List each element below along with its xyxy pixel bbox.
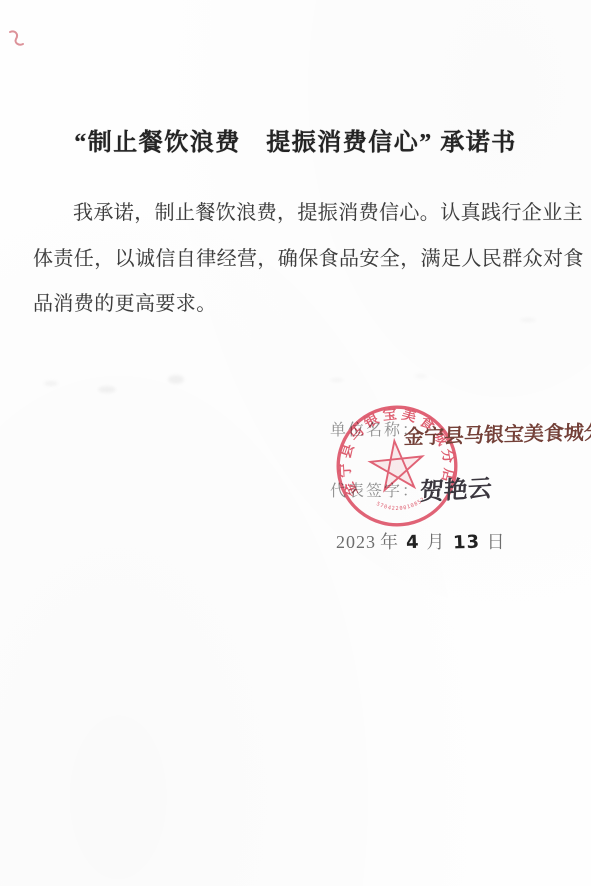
date-year: 2023 xyxy=(336,532,376,552)
red-pen-mark xyxy=(6,28,28,52)
body-line: 我承诺，制止餐饮浪费，提振消费信心。认真践行企业主 xyxy=(33,191,569,237)
scan-smudge xyxy=(415,374,427,378)
date-day-unit: 日 xyxy=(483,532,510,552)
scan-smudge xyxy=(168,375,184,384)
scan-smudge xyxy=(520,318,536,322)
body-paragraph: 我承诺，制止餐饮浪费，提振消费信心。认真践行企业主 体责任，以诚信自律经营，确保… xyxy=(33,191,569,328)
date-day-handwritten: 13 xyxy=(449,531,483,553)
scan-smudge xyxy=(330,378,344,382)
document-title: “制止餐饮浪费 提振消费信心” 承诺书 xyxy=(0,122,591,157)
body-line: 品消费的更高要求。 xyxy=(33,282,569,328)
representative-signature-handwritten: 贺艳云 xyxy=(419,468,493,507)
unit-name-handwritten-value: 金宁县马银宝美食城分店 xyxy=(403,415,591,450)
date-month-unit: 月 xyxy=(423,532,450,552)
red-seal-stamp-icon: 金宁县马银宝美食城分店 5704220010852 xyxy=(328,397,466,535)
date-line: 2023年4月13日 xyxy=(336,528,510,554)
scanned-commitment-letter: “制止餐饮浪费 提振消费信心” 承诺书 我承诺，制止餐饮浪费，提振消费信心。认真… xyxy=(0,0,591,886)
scan-smudge xyxy=(98,386,116,393)
date-year-unit: 年 xyxy=(376,532,403,552)
scan-smudge xyxy=(44,381,58,386)
date-month-handwritten: 4 xyxy=(403,532,423,554)
body-line: 体责任，以诚信自律经营，确保食品安全，满足人民群众对食 xyxy=(33,237,569,283)
